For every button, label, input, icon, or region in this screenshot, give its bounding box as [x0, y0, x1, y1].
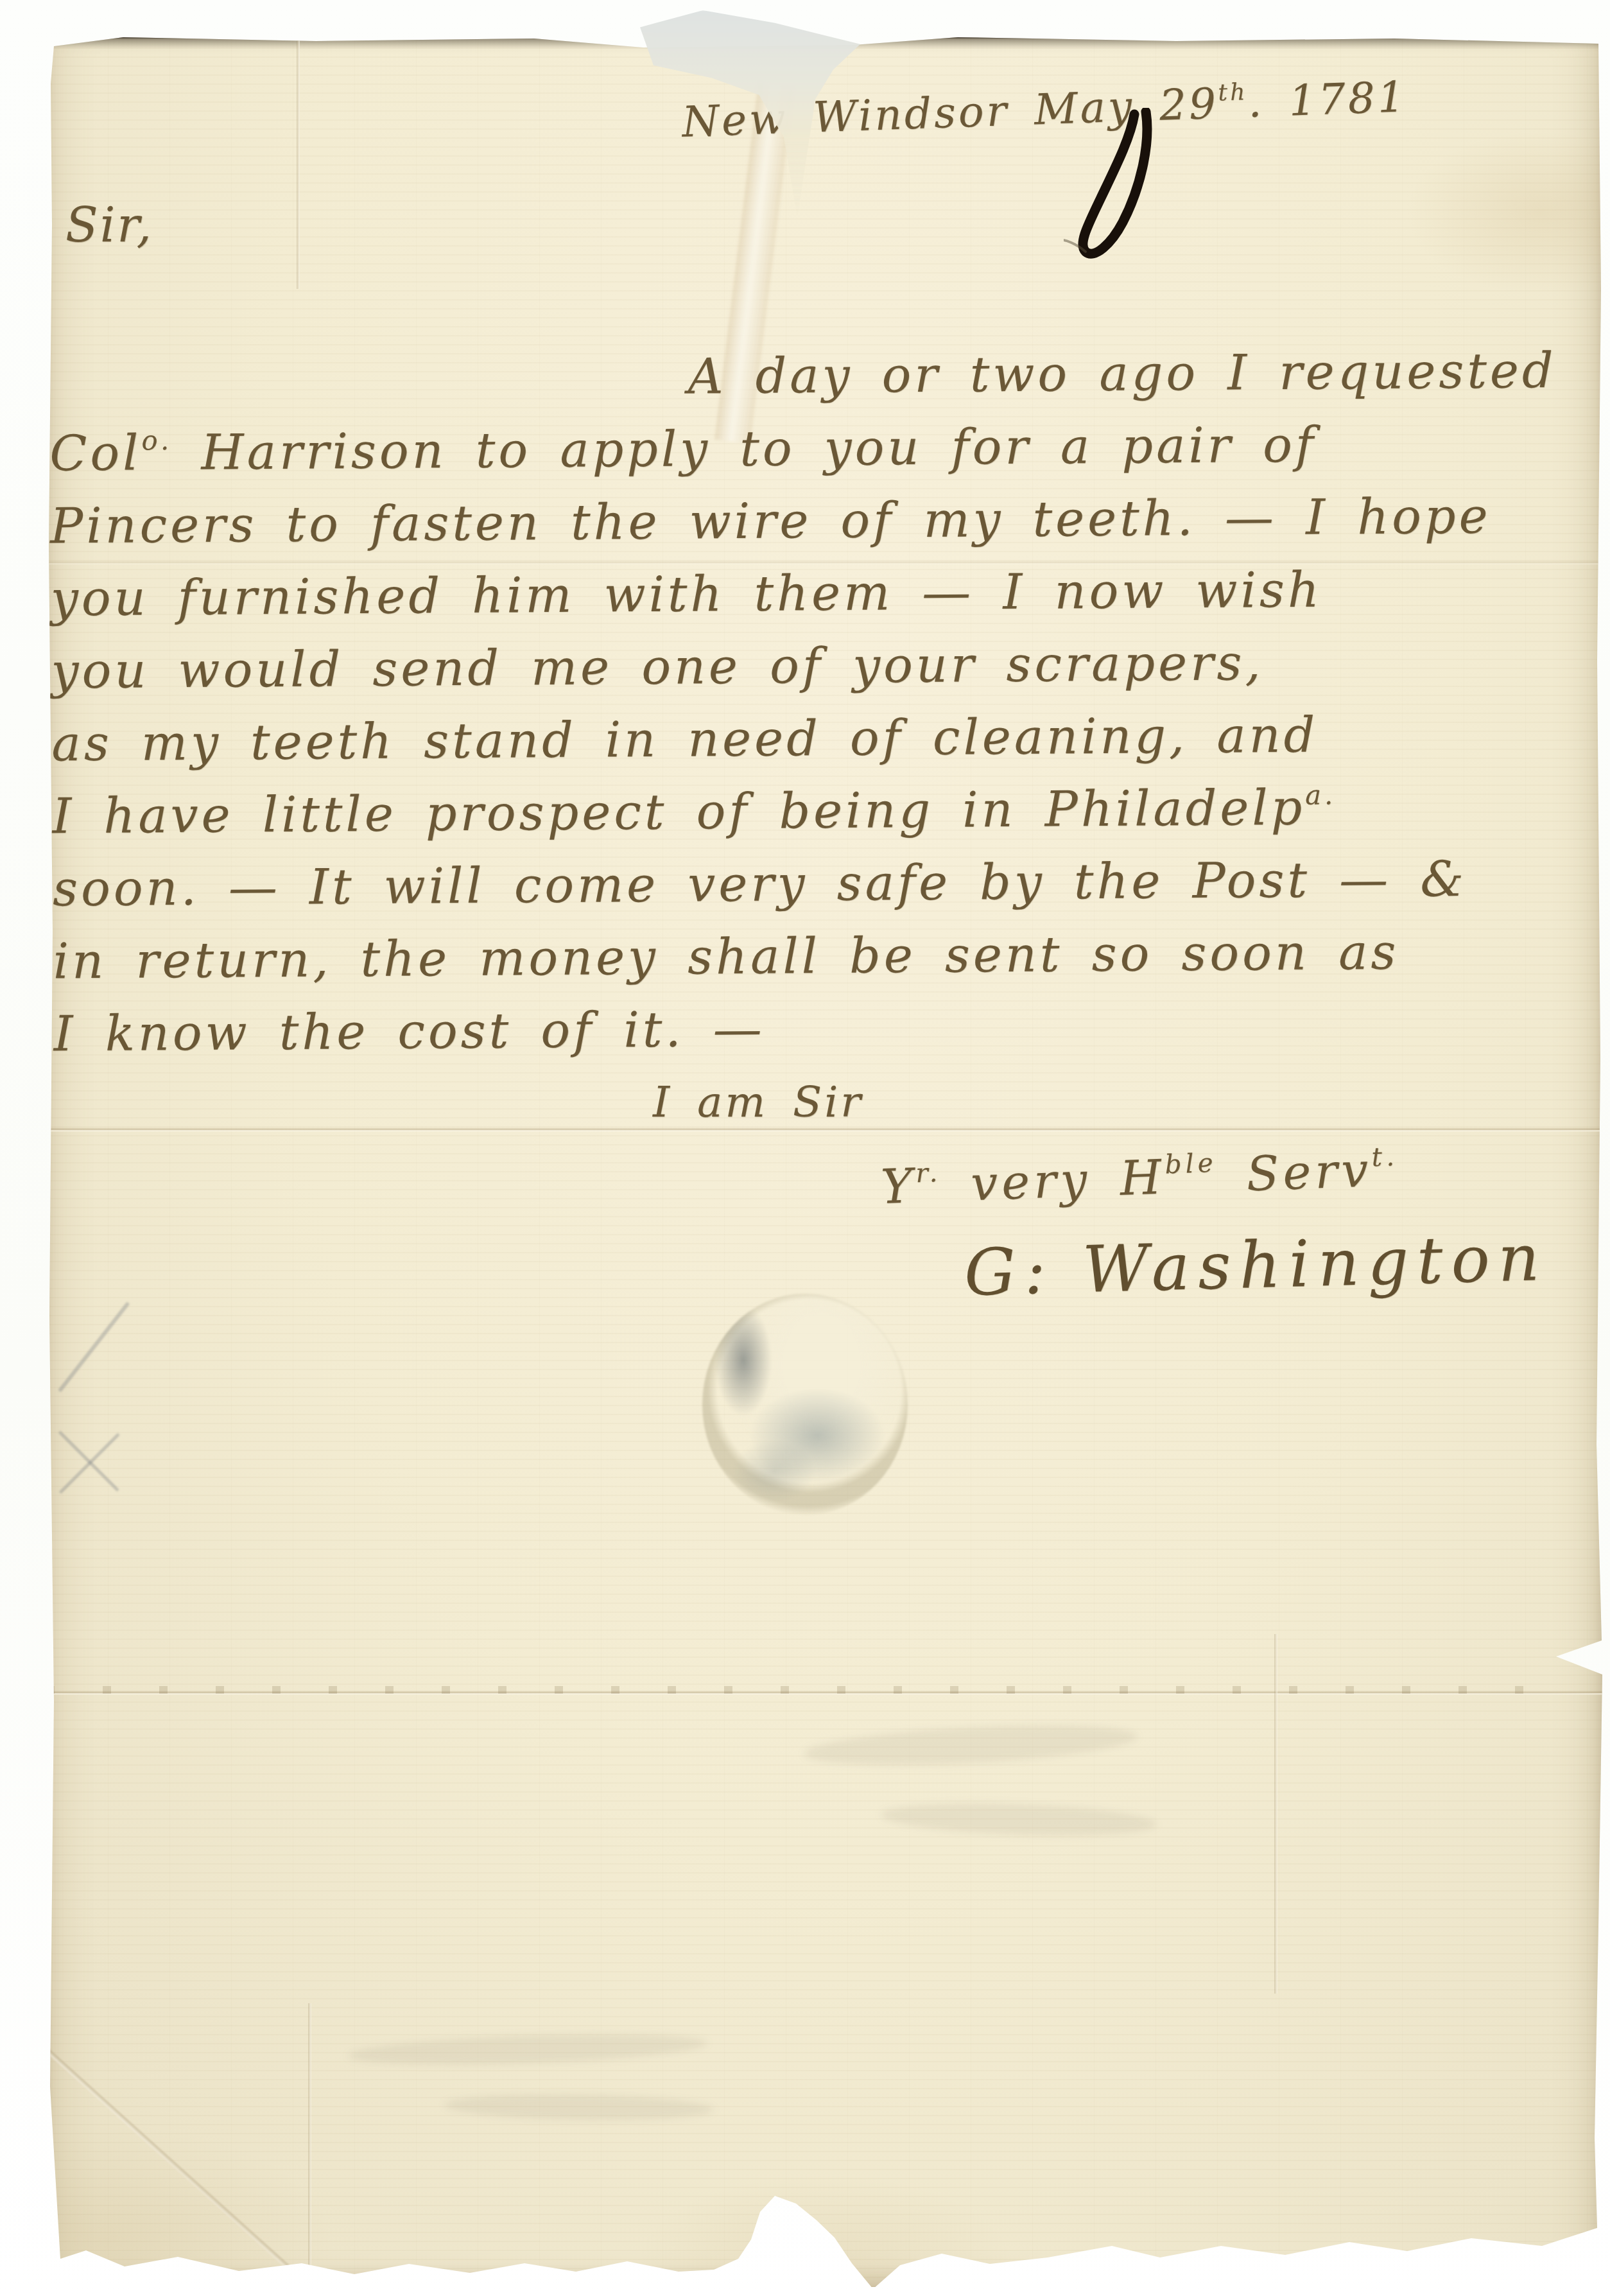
signature: G: Washington	[964, 1220, 1549, 1310]
fold-crease-lower	[46, 1691, 1603, 1695]
line-superscript: o.	[141, 424, 172, 456]
close-text: Serv	[1216, 1142, 1373, 1203]
line-text	[1336, 778, 1337, 835]
salutation: Sir,	[65, 198, 153, 253]
body-line: Pincers to fasten the wire of my teeth. …	[50, 479, 1591, 562]
crease-tick-marks	[46, 1686, 1564, 1694]
line-text: in return, the money shall be sent so so…	[53, 923, 1399, 990]
letter-body: A day or two ago I requested Colo. Harri…	[49, 334, 1595, 1070]
dateline-superscript: th	[1218, 78, 1248, 107]
body-line: I know the cost of it. —	[53, 987, 1595, 1070]
body-line: I have little prospect of being in Phila…	[52, 769, 1593, 853]
scanner-background: New Windsor May 29th. 1781 Sir, A day or…	[0, 0, 1610, 2296]
dateline-year: . 1781	[1247, 72, 1408, 127]
line-text: soon. — It will come very safe by the Po…	[53, 850, 1467, 917]
letter-paper: New Windsor May 29th. 1781 Sir, A day or…	[46, 32, 1603, 2287]
fold-crease-middle	[46, 1127, 1603, 1132]
diagonal-crease-bottom-left	[37, 2040, 307, 2284]
ink-blot	[1064, 108, 1186, 277]
close-text: very H	[940, 1150, 1166, 1213]
verso-show-through-2	[880, 1800, 1157, 1840]
close-superscript: t.	[1371, 1141, 1399, 1172]
vertical-crease-bottom-right	[1274, 1634, 1277, 1994]
close-superscript: r.	[915, 1157, 942, 1188]
close-text: Y	[880, 1158, 917, 1215]
line-text: Col	[49, 424, 142, 482]
body-line: in return, the money shall be sent so so…	[53, 914, 1594, 998]
verso-show-through-3	[347, 2029, 707, 2070]
line-text: you furnished him with them — I now wish	[51, 561, 1323, 627]
body-line: you furnished him with them — I now wish	[50, 552, 1591, 635]
line-text: you would send me one of your scrapers,	[51, 634, 1264, 699]
line-text: Pincers to fasten the wire of my teeth. …	[50, 487, 1491, 555]
vertical-crease-bottom-left	[308, 2003, 311, 2273]
seal-stain	[702, 1294, 908, 1515]
close-superscript: ble	[1164, 1147, 1218, 1180]
body-line: soon. — It will come very safe by the Po…	[53, 842, 1594, 925]
line-text: as my teeth stand in need of cleaning, a…	[51, 706, 1318, 772]
line-text: Harrison to apply to you for a pair of	[172, 416, 1317, 481]
body-line: A day or two ago I requested	[49, 334, 1590, 417]
verso-show-through-1	[803, 1718, 1138, 1771]
line-text: I know the cost of it. —	[53, 1000, 765, 1063]
pencil-mark-slash	[58, 1301, 130, 1393]
vertical-crease-top-left	[297, 39, 300, 289]
body-line: you would send me one of your scrapers,	[51, 624, 1592, 708]
line-superscript: a.	[1305, 779, 1337, 810]
line-text: I have little prospect of being in Phila…	[52, 779, 1306, 845]
verso-show-through-4	[444, 2092, 714, 2122]
body-line: Colo. Harrison to apply to you for a pai…	[49, 406, 1591, 490]
body-line: as my teeth stand in need of cleaning, a…	[51, 697, 1593, 780]
complimentary-close: Yr. very Hble Servt.	[880, 1142, 1399, 1215]
closing-line-i-am-sir: I am Sir	[653, 1077, 863, 1127]
line-text: A day or two ago I requested	[688, 342, 1557, 404]
